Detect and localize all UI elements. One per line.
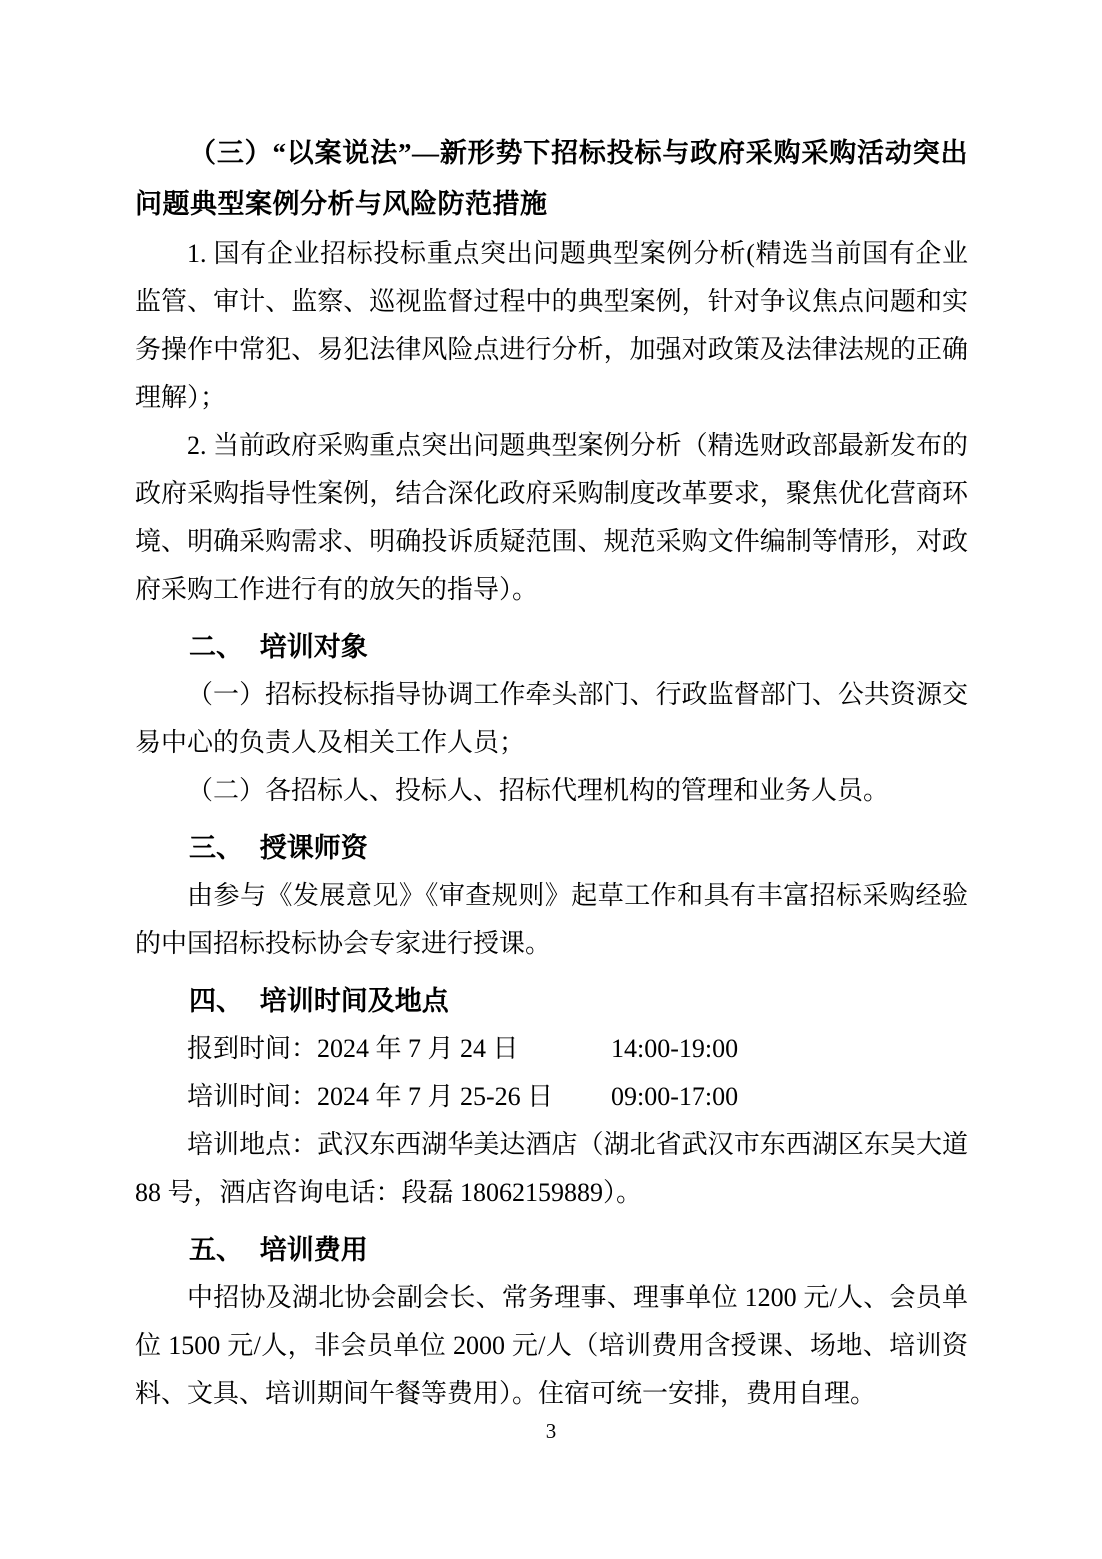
registration-hours: 14:00-19:00 bbox=[611, 1025, 738, 1073]
page-number: 3 bbox=[0, 1417, 1102, 1445]
section-number: 四、 bbox=[189, 986, 243, 1016]
section-number: 二、 bbox=[189, 632, 243, 662]
training-hours: 09:00-17:00 bbox=[611, 1073, 738, 1121]
section-title: 培训费用 bbox=[260, 1235, 368, 1265]
section-heading-time-place: 四、培训时间及地点 bbox=[135, 977, 968, 1025]
section-title: 培训对象 bbox=[260, 632, 368, 662]
faculty-paragraph: 由参与《发展意见》《审查规则》起草工作和具有丰富招标采购经验的中国招标投标协会专… bbox=[135, 872, 968, 968]
training-time-row: 培训时间：2024 年 7 月 25-26 日 09:00-17:00 bbox=[135, 1073, 968, 1121]
section-title: 授课师资 bbox=[260, 833, 368, 863]
section-title: 培训时间及地点 bbox=[260, 986, 449, 1016]
section-heading-trainees: 二、培训对象 bbox=[135, 623, 968, 671]
trainees-paragraph-1: （一）招标投标指导协调工作牵头部门、行政监督部门、公共资源交易中心的负责人及相关… bbox=[135, 671, 968, 767]
case-analysis-heading: （三）“以案说法”—新形势下招标投标与政府采购采购活动突出问题典型案例分析与风险… bbox=[135, 128, 968, 230]
registration-date: 2024 年 7 月 24 日 bbox=[317, 1034, 519, 1063]
document-page: （三）“以案说法”—新形势下招标投标与政府采购采购活动突出问题典型案例分析与风险… bbox=[0, 0, 1102, 1559]
registration-time-label: 报到时间： bbox=[187, 1034, 317, 1063]
training-date: 2024 年 7 月 25-26 日 bbox=[317, 1082, 553, 1111]
case-paragraph-2: 2. 当前政府采购重点突出问题典型案例分析（精选财政部最新发布的政府采购指导性案… bbox=[135, 422, 968, 614]
section-heading-fees: 五、培训费用 bbox=[135, 1226, 968, 1274]
trainees-paragraph-2: （二）各招标人、投标人、招标代理机构的管理和业务人员。 bbox=[135, 767, 968, 815]
document-content: （三）“以案说法”—新形势下招标投标与政府采购采购活动突出问题典型案例分析与风险… bbox=[135, 128, 968, 1418]
section-number: 三、 bbox=[189, 833, 243, 863]
training-location-paragraph: 培训地点：武汉东西湖华美达酒店（湖北省武汉市东西湖区东吴大道 88 号，酒店咨询… bbox=[135, 1121, 968, 1217]
case-paragraph-1: 1. 国有企业招标投标重点突出问题典型案例分析(精选当前国有企业监管、审计、监察… bbox=[135, 230, 968, 422]
section-heading-faculty: 三、授课师资 bbox=[135, 824, 968, 872]
section-number: 五、 bbox=[189, 1235, 243, 1265]
training-time-label: 培训时间： bbox=[187, 1082, 317, 1111]
registration-time-row: 报到时间：2024 年 7 月 24 日 14:00-19:00 bbox=[135, 1025, 968, 1073]
fees-paragraph: 中招协及湖北协会副会长、常务理事、理事单位 1200 元/人、会员单位 1500… bbox=[135, 1274, 968, 1418]
